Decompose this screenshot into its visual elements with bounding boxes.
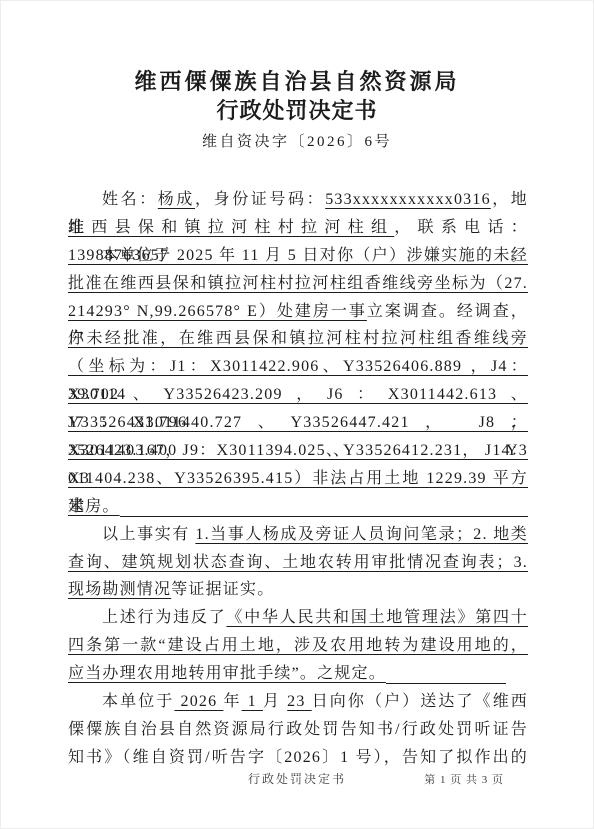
body-line: 查询、建筑规划状态查询、土地农转用审批情况查询表；3. [68, 549, 528, 577]
text-segment: 年 [223, 693, 241, 710]
document-title-line2: 行政处罚决定书 [0, 96, 594, 125]
underlined-text-segment: 214293° N,99.266578° E）处建房一事 [68, 303, 367, 320]
body-line: 本单位于 2025 年 11 月 5 日对你（户）涉嫌实施的未经 [68, 242, 528, 270]
underlined-text-segment: 1.当事人杨成及旁证人员询问笔录；2. 地类 [195, 526, 528, 543]
underlined-text-segment: 建房。 [68, 493, 120, 521]
underlined-text-segment: 2026 [174, 693, 223, 710]
text-segment: 知书》（维自资罚/听告字〔2026〕1 号），告知了拟作出的 [68, 749, 528, 766]
text-segment: 日向你（户）送达了《维西 [312, 693, 528, 710]
page-footer: 行政处罚决定书 第 1 页 共 3 页 [0, 770, 594, 788]
underline-extension [386, 660, 506, 684]
underlined-text-segment: 批准在维西县保和镇拉河柱村拉河柱组香维线旁坐标为（27. [68, 275, 528, 292]
underline-extension [120, 493, 528, 517]
body-line: 3526423.167，J9：X3011394.025、Y33526412.23… [68, 437, 528, 465]
body-line: 建房。 [68, 493, 528, 521]
underlined-text-segment: 维西县保和镇拉河柱村拉河柱组 [68, 219, 394, 236]
underlined-text-segment: 533xxxxxxxxxxx0316 [325, 191, 491, 208]
underlined-text-segment: 应当办理农用地转用审批手续”。之规定。 [68, 660, 386, 688]
text-segment: 月 [263, 693, 287, 710]
underlined-text-segment: 2025 [172, 247, 220, 264]
body-line: 四条第一款“建设占用土地，涉及农用地转为建设用地的， [68, 632, 528, 660]
document-number: 维自资决字〔2026〕6号 [0, 132, 594, 153]
body-line: 傈僳族自治县自然资源局行政处罚告知书/行政处罚听证告 [68, 716, 528, 744]
body-line: 214293° N,99.266578° E）处建房一事立案调查。经调查，你 [68, 298, 528, 326]
underlined-text-segment: 11 [236, 247, 265, 264]
text-segment: 上述行为违反了 [102, 609, 226, 626]
document-page: 维西傈僳族自治县自然资源局 行政处罚决定书 维自资决字〔2026〕6号 姓名：杨… [0, 0, 594, 829]
footer-doc-type: 行政处罚决定书 [248, 770, 346, 787]
underlined-text-segment: 5 [282, 247, 302, 264]
text-segment: 年 [219, 247, 236, 264]
underlined-text-segment: 你（户）涉嫌实施的未经 [337, 247, 528, 264]
text-segment: 以上事实有 [102, 526, 195, 543]
text-segment: ，身份证号码： [195, 191, 325, 208]
document-title-line1: 维西傈僳族自治县自然资源局 [0, 67, 594, 96]
footer-page-info: 第 1 页 共 3 页 [424, 771, 504, 787]
text-segment: 本单位于 [102, 693, 174, 710]
body-line: 011404.238、Y33526395.415）非法占用土地 1229.39 … [68, 465, 528, 493]
body-line: （坐标为：J1：X3011422.906、Y33526406.889 ，J4：X… [68, 353, 528, 381]
document-body: 姓名：杨成，身份证号码：533xxxxxxxxxxx0316，地址：维西县保和镇… [68, 186, 528, 772]
text-segment: 傈僳族自治县自然资源局行政处罚告知书/行政处罚听证告 [68, 721, 528, 738]
body-line: 上述行为违反了《中华人民共和国土地管理法》第四十 [68, 604, 528, 632]
body-line: 维西县保和镇拉河柱村拉河柱组，联系电话：13988763657。 [68, 214, 528, 242]
body-line: J7：X3011440.727、Y33526447.421， J8：X30114… [68, 409, 528, 437]
body-line: 本单位于 2026 年 1 月 23 日向你（户）送达了《维西 [68, 688, 528, 716]
text-segment: 本单位于 [102, 247, 172, 264]
underlined-text-segment: 杨成 [158, 191, 195, 208]
underlined-text-segment: 《中华人民共和国土地管理法》第四十 [226, 609, 528, 626]
text-segment: 等证据证实。 [171, 581, 274, 598]
underlined-text-segment: 查询、建筑规划状态查询、土地农转用审批情况查询表；3. [68, 554, 528, 571]
text-segment: 立案调查。经调查， [367, 303, 528, 320]
body-line: 户未经批准，在维西县保和镇拉河柱村拉河柱组香维线旁 [68, 325, 528, 353]
underlined-text-segment: 现场勘测情况 [68, 581, 171, 598]
document-header: 维西傈僳族自治县自然资源局 行政处罚决定书 维自资决字〔2026〕6号 [0, 0, 594, 153]
body-line: 应当办理农用地转用审批手续”。之规定。 [68, 660, 528, 688]
text-segment: ，联系电话： [394, 219, 528, 236]
body-line: 现场勘测情况等证据证实。 [68, 576, 528, 604]
text-segment: 月 [265, 247, 282, 264]
underlined-text-segment: 户未经批准，在维西县保和镇拉河柱村拉河柱组香维线旁 [68, 330, 528, 347]
body-line: 批准在维西县保和镇拉河柱村拉河柱组香维线旁坐标为（27. [68, 270, 528, 298]
body-line: 以上事实有 1.当事人杨成及旁证人员询问笔录；2. 地类 [68, 521, 528, 549]
body-line: 知书》（维自资罚/听告字〔2026〕1 号），告知了拟作出的 [68, 744, 528, 772]
underlined-text-segment: 四条第一款“建设占用土地，涉及农用地转为建设用地的， [68, 637, 528, 654]
underlined-text-segment: 1 [242, 693, 263, 710]
text-segment: 日对 [302, 247, 337, 264]
underlined-text-segment: 23 [287, 693, 312, 710]
body-line: 39.702、Y33526423.209，J6：X3011442.613、Y33… [68, 381, 528, 409]
body-line: 姓名：杨成，身份证号码：533xxxxxxxxxxx0316，地址： [68, 186, 528, 214]
text-segment: 姓名： [102, 191, 158, 208]
